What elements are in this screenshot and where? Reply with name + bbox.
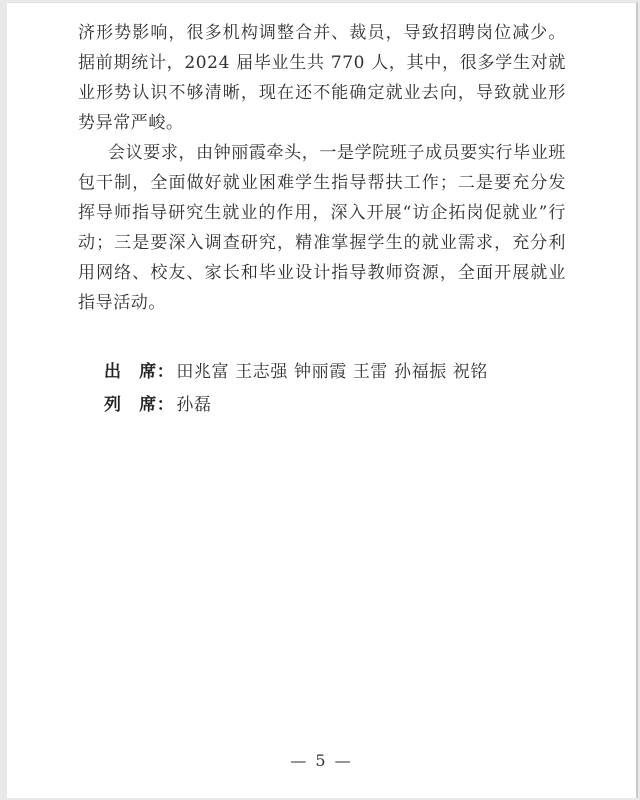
observer-names: 孙磊 xyxy=(176,395,211,415)
observer-row: 列 席：孙磊 xyxy=(104,389,566,422)
paragraph-meeting-requirements: 会议要求，由钟丽霞牵头，一是学院班子成员要实行毕业班包干制，全面做好就业困难学生… xyxy=(78,138,566,318)
present-names: 田兆富 王志强 钟丽霞 王雷 孙福振 祝铭 xyxy=(176,362,488,382)
page-content: 济形势影响，很多机构调整合并、裁员，导致招聘岗位减少。据前期统计，2024 届毕… xyxy=(7,3,636,422)
observer-label: 列 席： xyxy=(104,395,174,415)
paragraph-employment-situation: 济形势影响，很多机构调整合并、裁员，导致招聘岗位减少。据前期统计，2024 届毕… xyxy=(78,18,566,138)
present-label: 出 席： xyxy=(104,362,174,382)
page-number: — 5 — xyxy=(7,751,636,770)
present-row: 出 席：田兆富 王志强 钟丽霞 王雷 孙福振 祝铭 xyxy=(104,356,566,389)
document-page: 济形势影响，很多机构调整合并、裁员，导致招聘岗位减少。据前期统计，2024 届毕… xyxy=(7,2,638,798)
attendee-list: 出 席：田兆富 王志强 钟丽霞 王雷 孙福振 祝铭 列 席：孙磊 xyxy=(104,356,566,422)
